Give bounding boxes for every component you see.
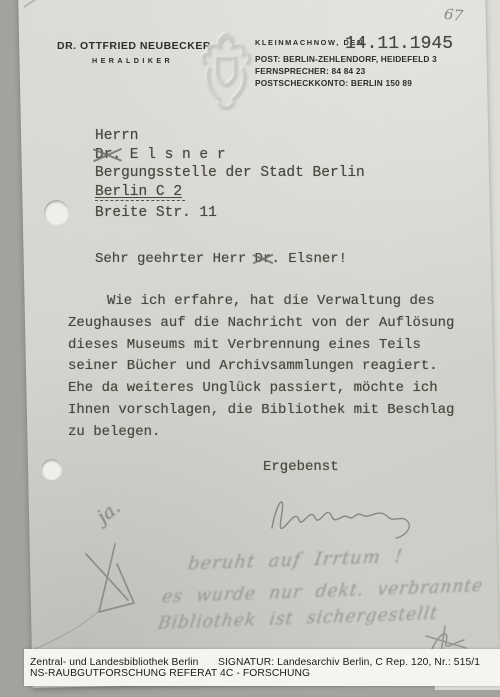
punch-hole [41, 459, 62, 480]
pencil-triangle-mark [20, 532, 150, 657]
recipient-city: Berlin C 2 [95, 183, 182, 202]
body-line: Ihnen vorschlagen, die Bibliothek mit Be… [68, 400, 454, 422]
letterhead-post: POST: BERLIN-ZEHLENDORF, HEIDEFELD 3 [255, 53, 437, 65]
recipient-salute: Herrn [95, 127, 365, 146]
body-line: Wie ich erfahre, hat die Verwaltung des [68, 291, 454, 313]
body-line: dieses Museums mit Verbrennung eines Tei… [68, 335, 454, 357]
letterhead-subtitle: HERALDIKER [92, 56, 173, 65]
caption-project: NS-RAUBGUTFORSCHUNG REFERAT 4C - FORSCHU… [30, 668, 310, 679]
recipient-name-line: Dr. E l s n e r [95, 146, 365, 165]
archive-corner-number: 67 [443, 5, 464, 25]
letter-body: Wie ich erfahre, hat die Verwaltung des … [68, 291, 454, 444]
recipient-org: Bergungsstelle der Stadt Berlin [95, 164, 365, 183]
body-line: seiner Bücher und Archivsammlungen reagi… [68, 356, 454, 378]
scanned-letter: DR. OTTFRIED NEUBECKER HERALDIKER KLEINM… [0, 0, 500, 697]
struck-title: Dr. [95, 146, 121, 165]
body-line: Ehe da weiteres Unglück passiert, möchte… [68, 378, 454, 400]
caption-institution: Zentral- und Landesbibliothek Berlin [30, 657, 198, 668]
letterhead-account: POSTSCHECKKONTO: BERLIN 150 89 [255, 77, 437, 89]
archive-caption-strip: Zentral- und Landesbibliothek Berlin SIG… [24, 649, 500, 686]
pencil-note-line3: Bibliothek ist sichergestellt [157, 604, 440, 634]
pencil-note-ja: ja. [93, 496, 125, 528]
salutation: Sehr geehrter Herr Dr. Elsner! [95, 251, 347, 267]
body-line: Zeughauses auf die Nachricht von der Auf… [68, 313, 454, 335]
signature-scrawl [266, 486, 416, 548]
typed-date: 14.11.1945 [345, 34, 453, 54]
recipient-address: Herrn Dr. E l s n e r Bergungsstelle der… [95, 127, 365, 223]
body-line: zu belegen. [68, 422, 454, 444]
embossed-crest-icon [194, 27, 258, 119]
pencil-note-line1: beruht auf Irrtum ! [187, 546, 405, 575]
punch-hole [44, 200, 69, 225]
pencil-note-line2: es wurde nur dekt. verbrannte [161, 576, 485, 607]
recipient-city-line: Berlin C 2 [95, 183, 365, 202]
recipient-name: E l s n e r [121, 147, 225, 163]
closing: Ergebenst [263, 459, 339, 475]
letter-content: DR. OTTFRIED NEUBECKER HERALDIKER KLEINM… [0, 0, 500, 697]
letterhead-phone: FERNSPRECHER: 84 84 23 [255, 65, 437, 77]
letterhead-name: DR. OTTFRIED NEUBECKER [57, 40, 211, 52]
recipient-street: Breite Str. 11 [95, 204, 365, 223]
struck-title: Dr [255, 251, 272, 267]
caption-signatur: SIGNATUR: Landesarchiv Berlin, C Rep. 12… [218, 657, 480, 668]
dashed-underline [95, 200, 185, 201]
